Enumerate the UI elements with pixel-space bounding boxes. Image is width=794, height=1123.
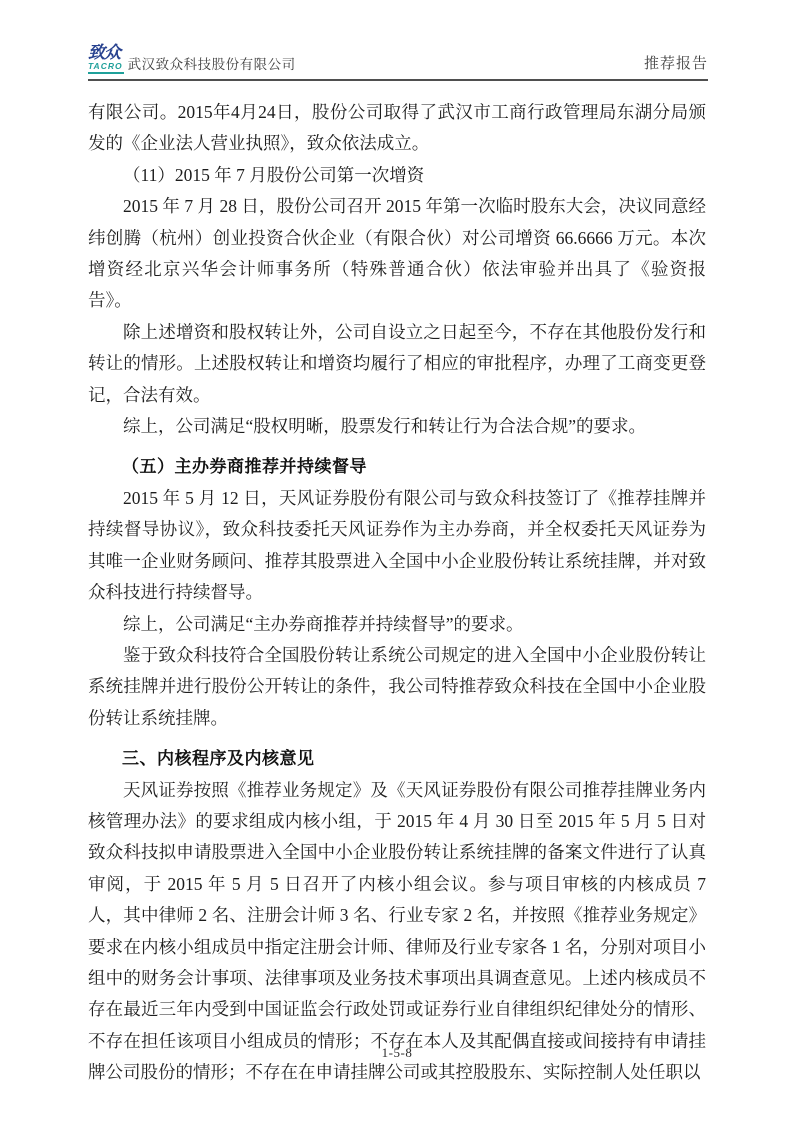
paragraph: 综上，公司满足“股权明晰，股票发行和转让行为合法合规”的要求。: [88, 411, 706, 442]
company-logo: 致众 TACRO: [88, 44, 124, 74]
page-footer: 1-5-8: [0, 1045, 794, 1061]
paragraph: 天风证券按照《推荐业务规定》及《天风证券股份有限公司推荐挂牌业务内核管理办法》的…: [88, 775, 706, 1089]
logo-en-wordmark: TACRO: [88, 61, 124, 74]
paragraph: 2015 年 5 月 12 日，天风证券股份有限公司与致众科技签订了《推荐挂牌并…: [88, 483, 706, 609]
paragraph: 综上，公司满足“主办券商推荐并持续督导”的要求。: [88, 609, 706, 640]
sub-item-heading: （11）2015 年 7 月股份公司第一次增资: [88, 160, 706, 191]
document-page: 致众 TACRO 武汉致众科技股份有限公司 推荐报告 有限公司。2015年4月2…: [0, 0, 794, 1123]
paragraph: 有限公司。2015年4月24日，股份公司取得了武汉市工商行政管理局东湖分局颁发的…: [88, 97, 706, 160]
document-type-label: 推荐报告: [644, 52, 708, 74]
company-name: 武汉致众科技股份有限公司: [128, 53, 296, 74]
section-heading-5: （五）主办券商推荐并持续督导: [88, 451, 706, 482]
page-number: 1-5-8: [382, 1045, 413, 1060]
paragraph: 鉴于致众科技符合全国股份转让系统公司规定的进入全国中小企业股份转让系统挂牌并进行…: [88, 640, 706, 734]
section-heading-3: 三、内核程序及内核意见: [88, 743, 706, 774]
paragraph: 2015 年 7 月 28 日，股份公司召开 2015 年第一次临时股东大会，决…: [88, 191, 706, 317]
document-body: 有限公司。2015年4月24日，股份公司取得了武汉市工商行政管理局东湖分局颁发的…: [88, 97, 706, 1089]
page-header: 致众 TACRO 武汉致众科技股份有限公司 推荐报告: [88, 44, 708, 81]
paragraph: 除上述增资和股权转让外，公司自设立之日起至今，不存在其他股份发行和转让的情形。上…: [88, 317, 706, 411]
logo-cn-wordmark: 致众: [88, 44, 120, 61]
